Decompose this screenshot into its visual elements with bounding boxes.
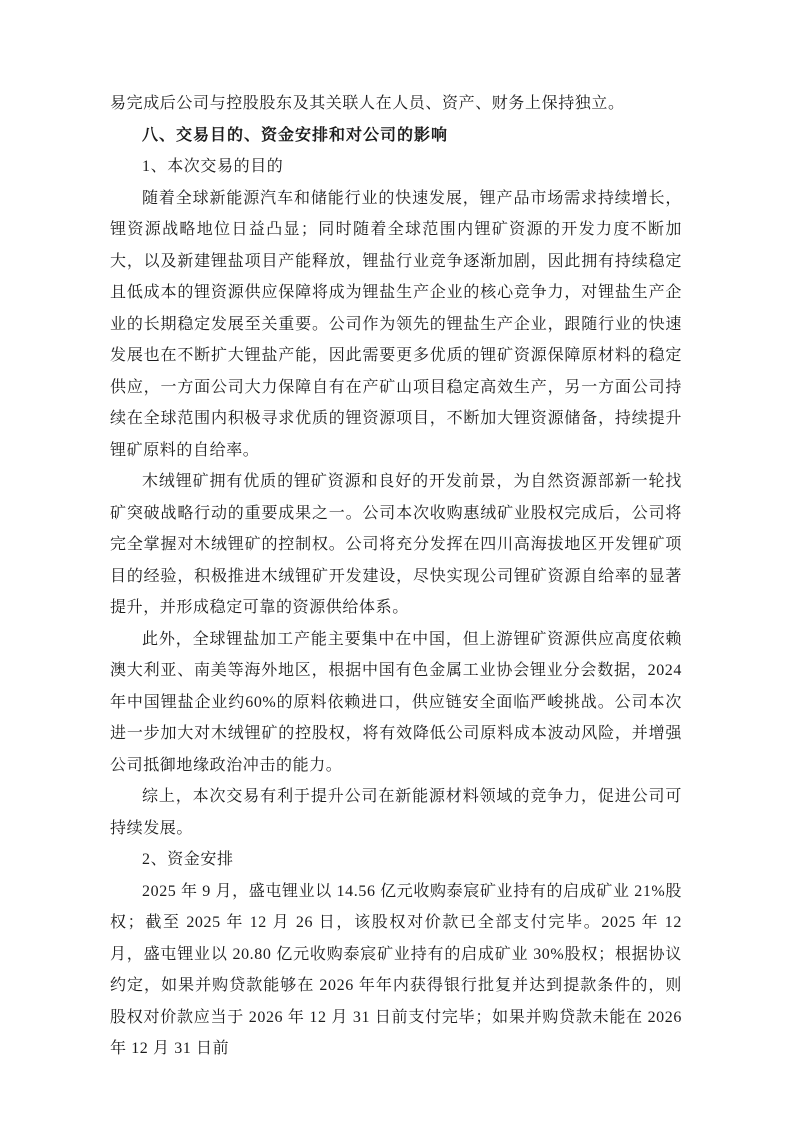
subsection-heading-funding-arrangement: 2、资金安排	[110, 844, 682, 876]
purpose-paragraph-summary: 综上，本次交易有利于提升公司在新能源材料领域的竞争力，促进公司可持续发展。	[110, 781, 682, 844]
funding-paragraph-payment-terms: 2025 年 9 月，盛屯锂业以 14.56 亿元收购泰宸矿业持有的启成矿业 2…	[110, 876, 682, 1065]
purpose-paragraph-murong-mine: 木绒锂矿拥有优质的锂矿资源和良好的开发前景，为自然资源部新一轮找矿突破战略行动的…	[110, 466, 682, 624]
purpose-paragraph-market-demand: 随着全球新能源汽车和储能行业的快速发展，锂产品市场需求持续增长，锂资源战略地位日…	[110, 183, 682, 467]
document-page: 易完成后公司与控股股东及其关联人在人员、资产、财务上保持独立。 八、交易目的、资…	[0, 0, 794, 1123]
page-content: 易完成后公司与控股股东及其关联人在人员、资产、财务上保持独立。 八、交易目的、资…	[110, 88, 682, 1065]
section-heading: 八、交易目的、资金安排和对公司的影响	[110, 120, 682, 152]
purpose-paragraph-supply-chain: 此外，全球锂盐加工产能主要集中在中国，但上游锂矿资源供应高度依赖澳大利亚、南美等…	[110, 624, 682, 782]
subsection-heading-transaction-purpose: 1、本次交易的目的	[110, 151, 682, 183]
body-text-continuation-line: 易完成后公司与控股股东及其关联人在人员、资产、财务上保持独立。	[110, 88, 682, 120]
